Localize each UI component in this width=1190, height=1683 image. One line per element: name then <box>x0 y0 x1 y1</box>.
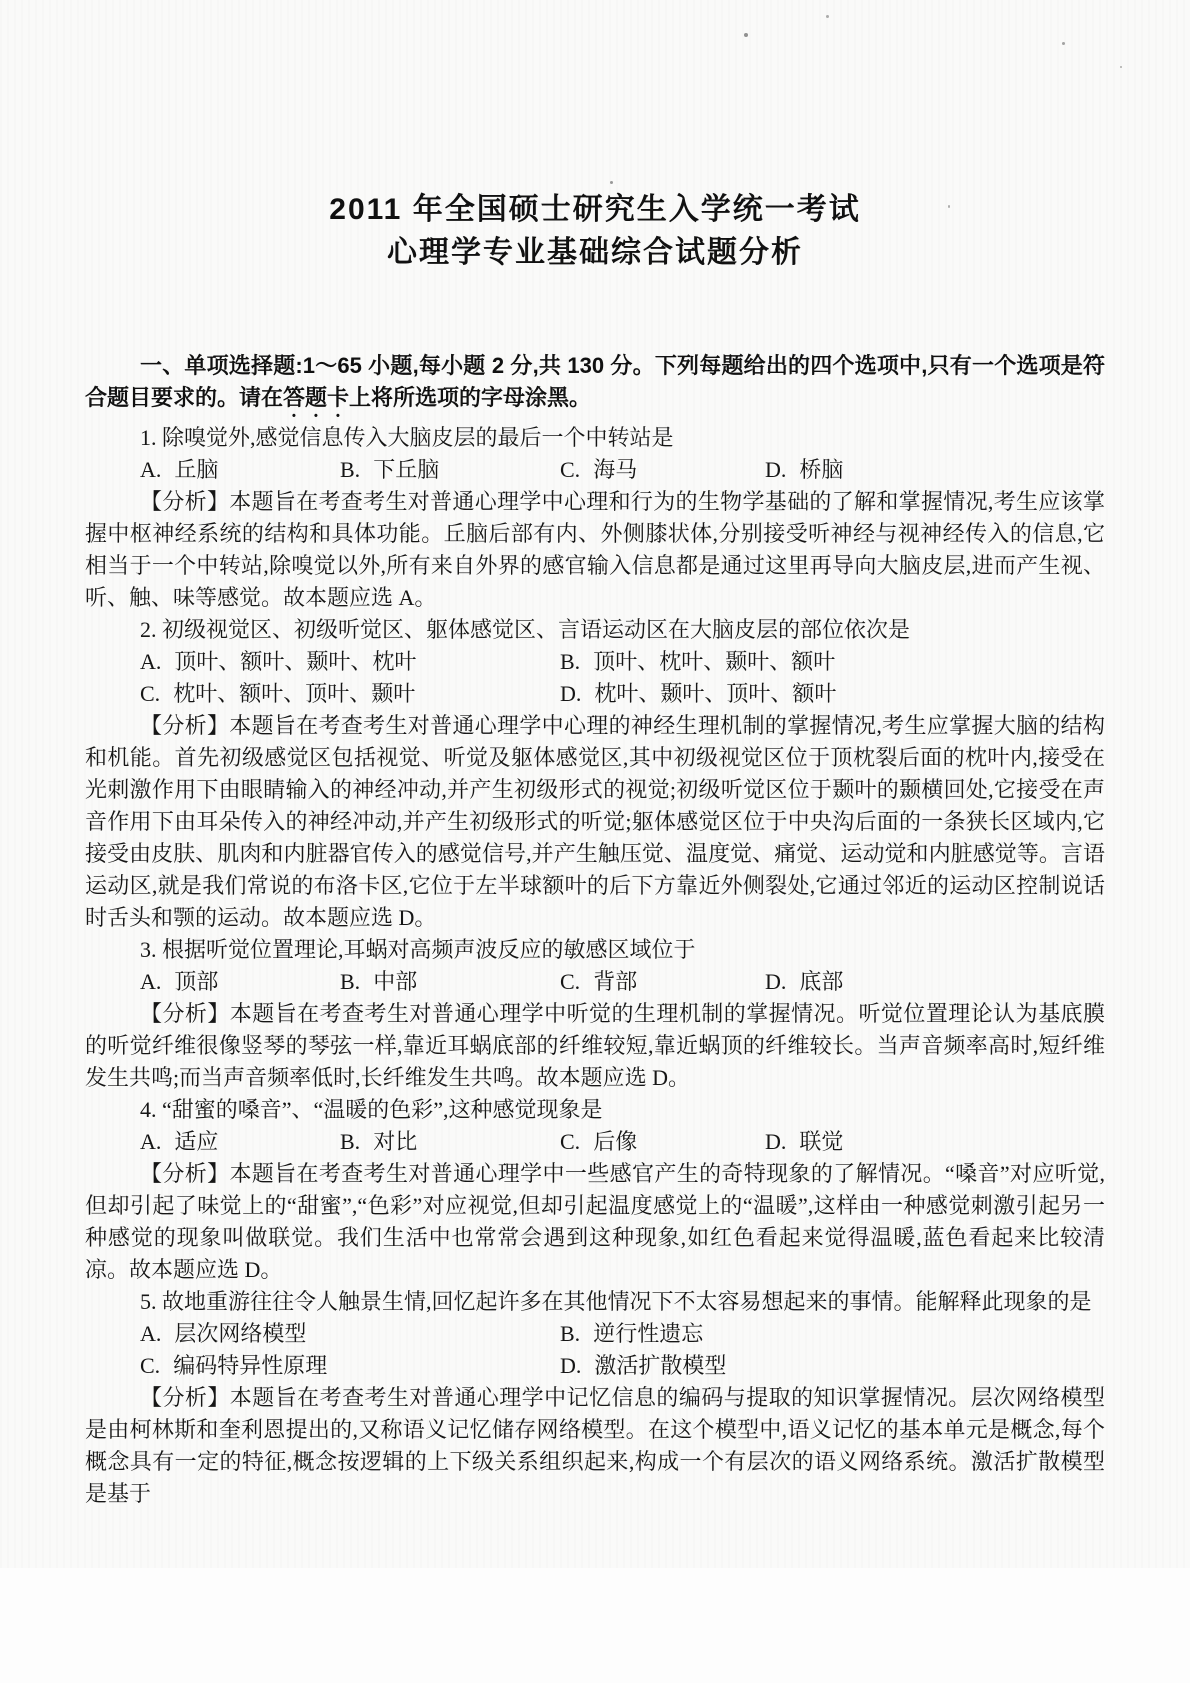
question-1-analysis: 【分析】本题旨在考查考生对普通心理学中心理和行为的生物学基础的了解和掌握情况,考… <box>85 486 1105 614</box>
option-text: 海马 <box>593 457 637 482</box>
option-label: B. <box>340 454 360 486</box>
question-5-analysis: 【分析】本题旨在考查考生对普通心理学中记忆信息的编码与提取的知识掌握情况。层次网… <box>85 1382 1105 1510</box>
option-text: 后像 <box>593 1129 637 1154</box>
question-5-option-c: C.编码特异性原理 <box>140 1350 560 1382</box>
question-3-stem: 3. 根据听觉位置理论,耳蜗对高频声波反应的敏感区域位于 <box>85 934 1105 966</box>
question-3-analysis: 【分析】本题旨在考查考生对普通心理学中听觉的生理机制的掌握情况。听觉位置理论认为… <box>85 998 1105 1094</box>
question-4-options: A.适应 B.对比 C.后像 D.联觉 <box>85 1126 1105 1158</box>
option-text: 中部 <box>373 969 417 994</box>
option-label: C. <box>140 678 160 710</box>
question-1-option-c: C.海马 <box>560 454 765 486</box>
option-label: D. <box>765 966 786 998</box>
document-title-line1: 2011 年全国硕士研究生入学统一考试 <box>85 188 1105 231</box>
option-text: 顶部 <box>174 969 218 994</box>
question-4-stem: 4. “甜蜜的嗓音”、“温暖的色彩”,这种感觉现象是 <box>85 1094 1105 1126</box>
question-3-option-c: C.背部 <box>560 966 765 998</box>
question-2-options-row2: C.枕叶、额叶、顶叶、颞叶 D.枕叶、颞叶、顶叶、额叶 <box>85 678 1105 710</box>
question-5-stem: 5. 故地重游往往令人触景生情,回忆起许多在其他情况下不太容易想起来的事情。能解… <box>85 1286 1105 1318</box>
question-5-options-row1: A.层次网络模型 B.逆行性遗忘 <box>85 1318 1105 1350</box>
option-label: D. <box>765 454 786 486</box>
option-text: 逆行性遗忘 <box>593 1321 703 1346</box>
option-text: 顶叶、额叶、颞叶、枕叶 <box>174 649 416 674</box>
question-3-option-b: B.中部 <box>340 966 560 998</box>
scan-page-bottom-edge <box>0 1568 1190 1683</box>
option-text: 层次网络模型 <box>174 1321 306 1346</box>
instructions-emphasized-term: 答题卡 <box>283 385 349 410</box>
question-4-analysis: 【分析】本题旨在考查考生对普通心理学中一些感官产生的奇特现象的了解情况。“嗓音”… <box>85 1158 1105 1286</box>
scanned-exam-page: 2011 年全国硕士研究生入学统一考试 心理学专业基础综合试题分析 一、单项选择… <box>0 0 1190 1683</box>
option-text: 适应 <box>174 1129 218 1154</box>
question-1-option-a: A.丘脑 <box>140 454 340 486</box>
question-5-options-row2: C.编码特异性原理 D.激活扩散模型 <box>85 1350 1105 1382</box>
option-text: 枕叶、额叶、顶叶、颞叶 <box>173 681 415 706</box>
option-label: D. <box>560 1350 581 1382</box>
page-content: 2011 年全国硕士研究生入学统一考试 心理学专业基础综合试题分析 一、单项选择… <box>85 0 1105 1510</box>
question-5-option-a: A.层次网络模型 <box>140 1318 560 1350</box>
question-2-option-a: A.顶叶、额叶、颞叶、枕叶 <box>140 646 560 678</box>
question-4-option-b: B.对比 <box>340 1126 560 1158</box>
question-4-option-c: C.后像 <box>560 1126 765 1158</box>
instructions-lead: 一、单项选择题:1～65 小题,每小题 2 分,共 130 分。下列每题给出的四… <box>85 353 1105 410</box>
instructions-tail: 上将所选项的字母涂黑。 <box>349 385 591 410</box>
question-3-option-a: A.顶部 <box>140 966 340 998</box>
document-title: 2011 年全国硕士研究生入学统一考试 心理学专业基础综合试题分析 <box>85 0 1105 274</box>
option-label: A. <box>140 454 161 486</box>
option-label: D. <box>765 1126 786 1158</box>
option-label: B. <box>340 1126 360 1158</box>
option-label: B. <box>340 966 360 998</box>
option-text: 底部 <box>799 969 843 994</box>
option-label: A. <box>140 646 161 678</box>
option-label: A. <box>140 1318 161 1350</box>
question-3-option-d: D.底部 <box>765 966 843 998</box>
option-text: 编码特异性原理 <box>173 1353 327 1378</box>
option-text: 桥脑 <box>799 457 843 482</box>
question-2-analysis: 【分析】本题旨在考查考生对普通心理学中心理的神经生理机制的掌握情况,考生应掌握大… <box>85 710 1105 934</box>
option-label: C. <box>560 454 580 486</box>
option-label: C. <box>140 1350 160 1382</box>
question-4-option-a: A.适应 <box>140 1126 340 1158</box>
option-label: B. <box>560 646 580 678</box>
section-instructions: 一、单项选择题:1～65 小题,每小题 2 分,共 130 分。下列每题给出的四… <box>85 350 1105 422</box>
option-label: C. <box>560 966 580 998</box>
question-4-option-d: D.联觉 <box>765 1126 843 1158</box>
question-2-option-c: C.枕叶、额叶、顶叶、颞叶 <box>140 678 560 710</box>
option-label: A. <box>140 1126 161 1158</box>
question-1-options: A.丘脑 B.下丘脑 C.海马 D.桥脑 <box>85 454 1105 486</box>
option-label: D. <box>560 678 581 710</box>
option-label: C. <box>560 1126 580 1158</box>
question-1-stem: 1. 除嗅觉外,感觉信息传入大脑皮层的最后一个中转站是 <box>85 422 1105 454</box>
question-2-option-d: D.枕叶、颞叶、顶叶、额叶 <box>560 678 836 710</box>
question-1-option-b: B.下丘脑 <box>340 454 560 486</box>
question-1-option-d: D.桥脑 <box>765 454 843 486</box>
question-2-options-row1: A.顶叶、额叶、颞叶、枕叶 B.顶叶、枕叶、颞叶、额叶 <box>85 646 1105 678</box>
scan-speck <box>1120 66 1122 68</box>
option-label: B. <box>560 1318 580 1350</box>
option-text: 枕叶、颞叶、顶叶、额叶 <box>594 681 836 706</box>
question-2-stem: 2. 初级视觉区、初级听觉区、躯体感觉区、言语运动区在大脑皮层的部位依次是 <box>85 614 1105 646</box>
option-text: 激活扩散模型 <box>594 1353 726 1378</box>
option-text: 丘脑 <box>174 457 218 482</box>
option-text: 对比 <box>373 1129 417 1154</box>
option-text: 下丘脑 <box>373 457 439 482</box>
option-text: 背部 <box>593 969 637 994</box>
option-text: 联觉 <box>799 1129 843 1154</box>
option-text: 顶叶、枕叶、颞叶、额叶 <box>593 649 835 674</box>
option-label: A. <box>140 966 161 998</box>
document-title-line2: 心理学专业基础综合试题分析 <box>85 231 1105 274</box>
question-5-option-b: B.逆行性遗忘 <box>560 1318 703 1350</box>
question-2-option-b: B.顶叶、枕叶、颞叶、额叶 <box>560 646 835 678</box>
question-5-option-d: D.激活扩散模型 <box>560 1350 726 1382</box>
question-3-options: A.顶部 B.中部 C.背部 D.底部 <box>85 966 1105 998</box>
